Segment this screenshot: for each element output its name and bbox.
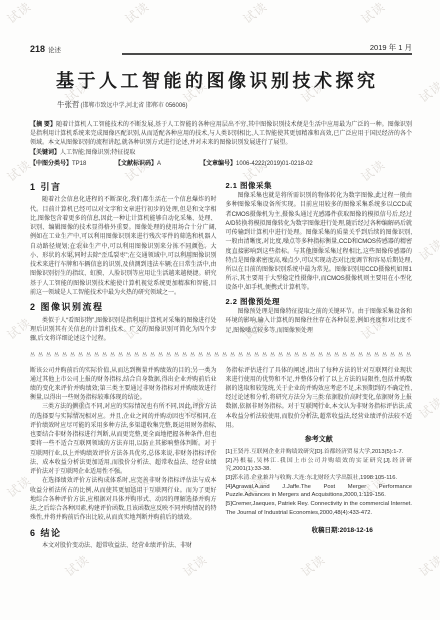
author-affiliation: (邯郸市致远中学,河北省 邯郸市 056006): [81, 103, 188, 109]
journal-section-label: 论述: [48, 45, 61, 54]
page-number: 218: [30, 44, 45, 54]
keywords-text: 人工智能;图像识别;特征提取: [60, 150, 135, 156]
body-paragraph: 随着社会信息化进程的不断深化,我们都生活在一个信息爆炸的时代。目前计算机已经可以…: [30, 196, 217, 298]
author-name: 牛张哲: [57, 100, 80, 109]
body-paragraph: 图像预处理是图像特征提取之前的关键环节。由于图像采集设备和环境的影响,输入计算机…: [226, 308, 413, 336]
article-title: 基于人工智能的图像识别技术探究: [56, 67, 412, 93]
watermark-stamp: 试读: [4, 0, 35, 27]
watermark-stamp: 试读: [180, 551, 211, 580]
header-rule: [122, 53, 412, 55]
page-break-divider: 丛丛丛丛丛丛丛丛丛丛丛丛丛丛丛丛丛丛丛丛丛丛丛丛丛丛丛丛丛丛丛丛丛丛丛丛丛丛丛丛…: [30, 352, 412, 359]
article-id-value: 1006-4222(2019)01-0218-02: [236, 161, 313, 167]
body-paragraph: 图像采集也就是将所需识别的物体转化为数字图像,此过程一般由多种图像采集设备所实现…: [226, 192, 413, 294]
paper-page: 试读试读试读试读试读试读试读试读试读试读试读试读试读试读试读试读试读试读试读试读…: [0, 0, 440, 620]
clc-value: TP18: [72, 161, 86, 167]
watermark-stamp: 试读: [240, 0, 271, 27]
section-heading: 6 结论: [30, 527, 217, 541]
section-heading: 2 图像识别流程: [30, 301, 217, 315]
issue-date: 2019 年 1 月: [370, 42, 412, 53]
article-id: 【文章编号】1006-4222(2019)01-0218-02: [200, 160, 313, 169]
bottom-right-column: 务指标评估进行了具体的阐述,指出了每种方法的针对互联网行业现状来进行使用的优势和…: [226, 367, 413, 552]
document-code: 【文献标识码】A: [115, 160, 200, 169]
bottom-left-column: 断该公司并购前后的实际价值,从而达到衡量并购绩效的目的;另一类为通过其他上市公司…: [30, 367, 217, 552]
subsection-heading: 2.2 图像预处理: [226, 296, 413, 308]
watermark-stamp: 试读: [298, 551, 329, 580]
clc-label: 【中图分类号】: [30, 161, 72, 167]
abstract: 【摘 要】随着计算机人工智能技术的不断发展,基于人工智能的各种应用层出不穷,其中…: [30, 121, 412, 148]
watermark-stamp: 试读: [122, 0, 153, 27]
reference-item: [3]郭永清.企业兼并与收购.大连:东北财经大学出版社,1998:105-116…: [226, 474, 413, 483]
reference-item: [4]Agrawal,A.and J.Jaffe.The Post Merger…: [226, 483, 413, 500]
doc-code-label: 【文献标识码】: [115, 161, 157, 167]
keywords-label: 【关键词】: [30, 150, 60, 156]
reference-item: [5]Cremer,Jaeques, Patriek Rey. Connecti…: [226, 500, 413, 517]
body-paragraph: 类似于人“看图识物”,图像识别是指利用计算机对采集的图像进行处理后识别其有关信息…: [30, 317, 217, 345]
watermark-stamp: 试读: [416, 77, 440, 106]
watermark-stamp: 试读: [416, 393, 440, 422]
received-date: 收稿日期:2018-12-16: [312, 526, 413, 536]
abstract-text: 随着计算机人工智能技术的不断发展,基于人工智能的各种应用层出不穷,其中图像识别技…: [30, 122, 412, 146]
classification-row: 【中图分类号】TP18 【文献标识码】A 【文章编号】1006-4222(201…: [30, 160, 412, 169]
top-left-column: 1 引言随着社会信息化进程的不断深化,我们都生活在一个信息爆炸的时代。目前计算机…: [30, 178, 217, 345]
article-meta: 【摘 要】随着计算机人工智能技术的不断发展,基于人工智能的各种应用层出不穷,其中…: [30, 121, 412, 170]
bottom-columns: 断该公司并购前后的实际价值,从而达到衡量并购绩效的目的;另一类为通过其他上市公司…: [30, 367, 412, 552]
body-paragraph: 本文对股价变动法、超常收益法、经营业绩评价法、非财: [30, 542, 217, 551]
body-paragraph: 断该公司并购前后的实际价值,从而达到衡量并购绩效的目的;另一类为通过其他上市公司…: [30, 367, 217, 404]
reference-item: [2]冯根福,吴林江.我国上市公司并购绩效的实证研究[J].经济研究,2001(…: [226, 457, 413, 474]
watermark-stamp: 试读: [358, 0, 389, 27]
author-line: 牛张哲(邯郸市致远中学,河北省 邯郸市 056006): [57, 99, 412, 110]
doc-code-value: A: [157, 161, 161, 167]
top-right-column: 2.1 图像采集图像采集也就是将所需识别的物体转化为数字图像,此过程一般由多种图…: [226, 178, 413, 345]
page-header: 218 论述 2019 年 1 月: [30, 42, 412, 54]
reference-item: [1]王贤丹.互联网企业并购绩效研究[D].首都经济贸易大学,2013(5):1…: [226, 448, 413, 457]
watermark-stamp: 试读: [62, 551, 93, 580]
body-paragraph: 在选择绩效评价方法构成体系时,应完善非财务指标评估法与成本收益分析法所占的比例,…: [30, 477, 217, 523]
body-paragraph: 务指标评估进行了具体的阐述,指出了每种方法的针对互联网行业现状来进行使用的优势和…: [226, 367, 413, 432]
article-id-label: 【文章编号】: [200, 161, 236, 167]
section-heading: 1 引言: [30, 181, 217, 195]
top-columns: 1 引言随着社会信息化进程的不断深化,我们都生活在一个信息爆炸的时代。目前计算机…: [30, 178, 412, 345]
abstract-label: 【摘 要】: [30, 122, 56, 128]
watermark-stamp: 试读: [416, 235, 440, 264]
keywords: 【关键词】人工智能;图像识别;特征提取: [30, 149, 412, 158]
clc-number: 【中图分类号】TP18: [30, 160, 115, 169]
subsection-heading: 2.1 图像采集: [226, 180, 413, 192]
body-paragraph: 三类方法的侧重点不同,对应的实际情况也有所不同,因此,评价方法的选择要与实际情况…: [30, 403, 217, 477]
watermark-stamp: 试读: [416, 551, 440, 580]
references-heading: 参考文献: [226, 435, 413, 446]
